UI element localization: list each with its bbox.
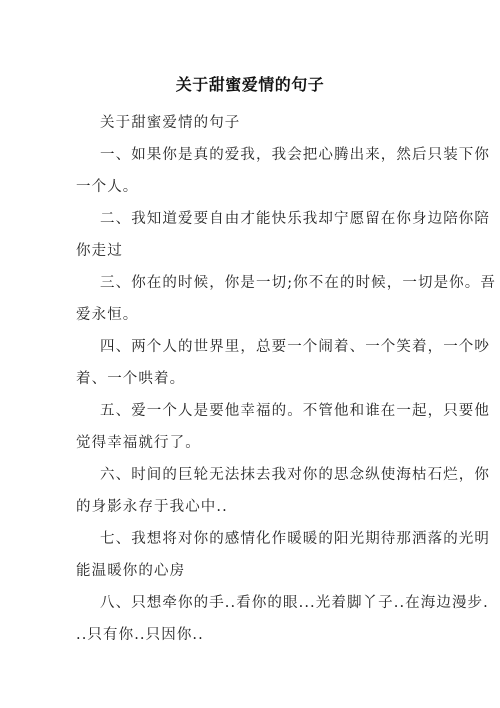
sentence-1-line-1: 一、如果你是真的爱我，我会把心腾出来，然后只装下你: [100, 146, 490, 164]
sentence-7-line-2: 能温暖你的心房: [76, 562, 185, 580]
sentence-2-line-2: 你走过: [76, 242, 123, 260]
sentence-4-line-1: 四、两个人的世界里，总要一个闹着、一个笑着，一个吵: [100, 338, 490, 356]
sentence-3-line-2: 爱永恒。: [76, 306, 138, 324]
sentence-6-line-1: 六、时间的巨轮无法抹去我对你的思念纵使海枯石烂，你: [100, 466, 490, 484]
document-page: 关于甜蜜爱情的句子 关于甜蜜爱情的句子 一、如果你是真的爱我，我会把心腾出来，然…: [0, 0, 500, 708]
sentence-6-line-2: 的身影永存于我心中..: [76, 498, 228, 516]
sentence-2-line-1: 二、我知道爱要自由才能快乐我却宁愿留在你身边陪你陪: [100, 210, 490, 228]
sentence-8-line-2: ..只有你..只因你..: [76, 626, 204, 644]
document-title: 关于甜蜜爱情的句子: [0, 72, 500, 95]
heading-line: 关于甜蜜爱情的句子: [100, 114, 240, 132]
sentence-7-line-1: 七、我想将对你的感情化作暖暖的阳光期待那洒落的光明: [100, 530, 490, 548]
sentence-5-line-2: 觉得幸福就行了。: [76, 434, 201, 452]
sentence-8-line-1: 八、只想牵你的手..看你的眼...光着脚丫子..在海边漫步.: [100, 594, 489, 612]
sentence-1-line-2: 一个人。: [76, 178, 138, 196]
sentence-3-line-1: 三、你在的时候，你是一切;你不在的时候，一切是你。吾: [100, 274, 496, 292]
sentence-5-line-1: 五、爱一个人是要他幸福的。不管他和谁在一起，只要他: [100, 402, 490, 420]
sentence-4-line-2: 着、一个哄着。: [76, 370, 185, 388]
